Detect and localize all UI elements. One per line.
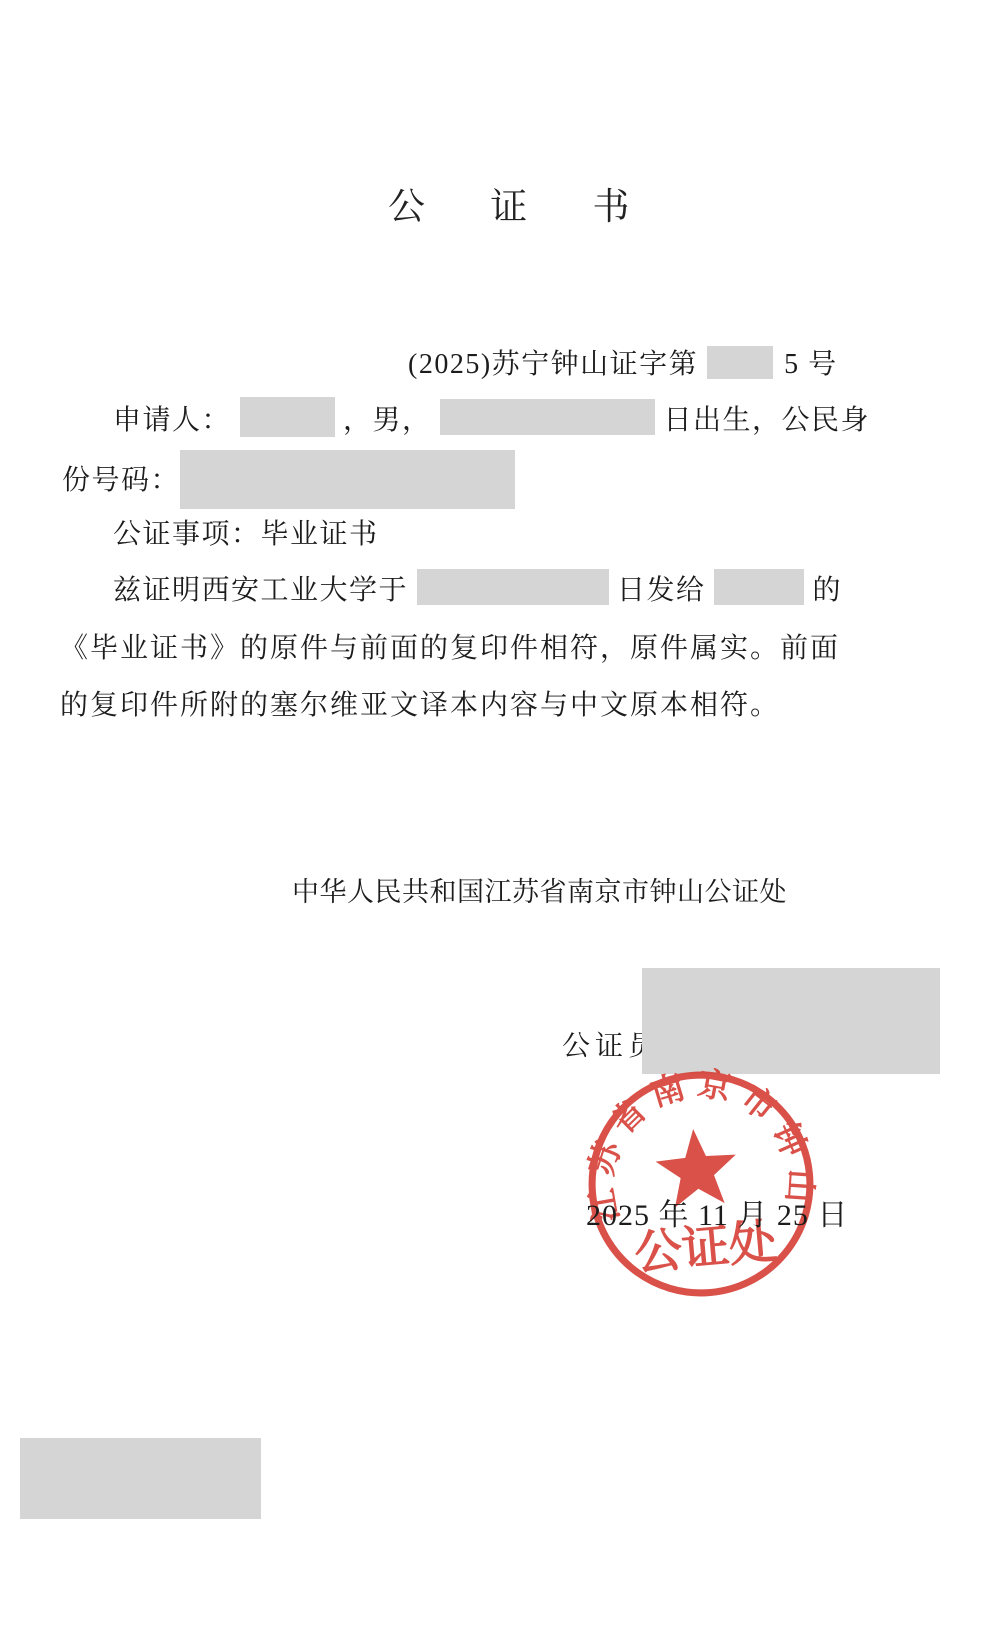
id-number-label: 份号码： — [62, 458, 180, 498]
redaction-box-issue-date — [417, 569, 609, 605]
office-line: 中华人民共和国江苏省南京市钟山公证处 — [292, 870, 787, 909]
applicant-gender-text: ，男， — [343, 405, 432, 436]
date-line: 2025 年 11 月 25 日 — [586, 1190, 848, 1234]
certify-line-part2: 日发给 — [617, 575, 706, 606]
certify-line: 兹证明西安工业大学于 日发给 的 — [113, 568, 842, 608]
applicant-line: 申请人： ，男， 日出生，公民身 — [113, 397, 870, 438]
official-seal-stamp: 江苏省南京市钟山 公证处 — [570, 1053, 832, 1315]
notarial-certificate-page: { "page": { "background": "#ffffff", "re… — [0, 0, 1000, 1635]
certificate-number-prefix: (2025)苏宁钟山证字第 — [408, 349, 698, 380]
certify-line-part3: 的 — [813, 575, 843, 606]
page-title: 公 证 书 — [388, 176, 658, 230]
redaction-box-cert-number — [707, 346, 773, 379]
applicant-line-tail: 日出生，公民身 — [664, 405, 871, 436]
applicant-label: 申请人： — [113, 405, 231, 436]
redaction-box-applicant-name — [240, 397, 335, 437]
certify-line-part1: 兹证明西安工业大学于 — [113, 575, 408, 606]
redaction-box-birth-date — [440, 399, 655, 435]
redaction-box-bottom-left — [20, 1438, 261, 1519]
redaction-box-id-number — [180, 450, 515, 509]
matter-line: 公证事项：毕业证书 — [113, 512, 379, 552]
certificate-number-suffix: 5 号 — [784, 349, 838, 380]
certificate-number-line: (2025)苏宁钟山证字第 5 号 — [408, 342, 838, 382]
body-line-2: 《毕业证书》的原件与前面的复印件相符，原件属实。前面 — [60, 626, 840, 666]
body-line-3: 的复印件所附的塞尔维亚文译本内容与中文原本相符。 — [60, 683, 780, 723]
id-number-line: 份号码： — [62, 450, 515, 509]
redaction-box-recipient-name — [714, 569, 804, 605]
